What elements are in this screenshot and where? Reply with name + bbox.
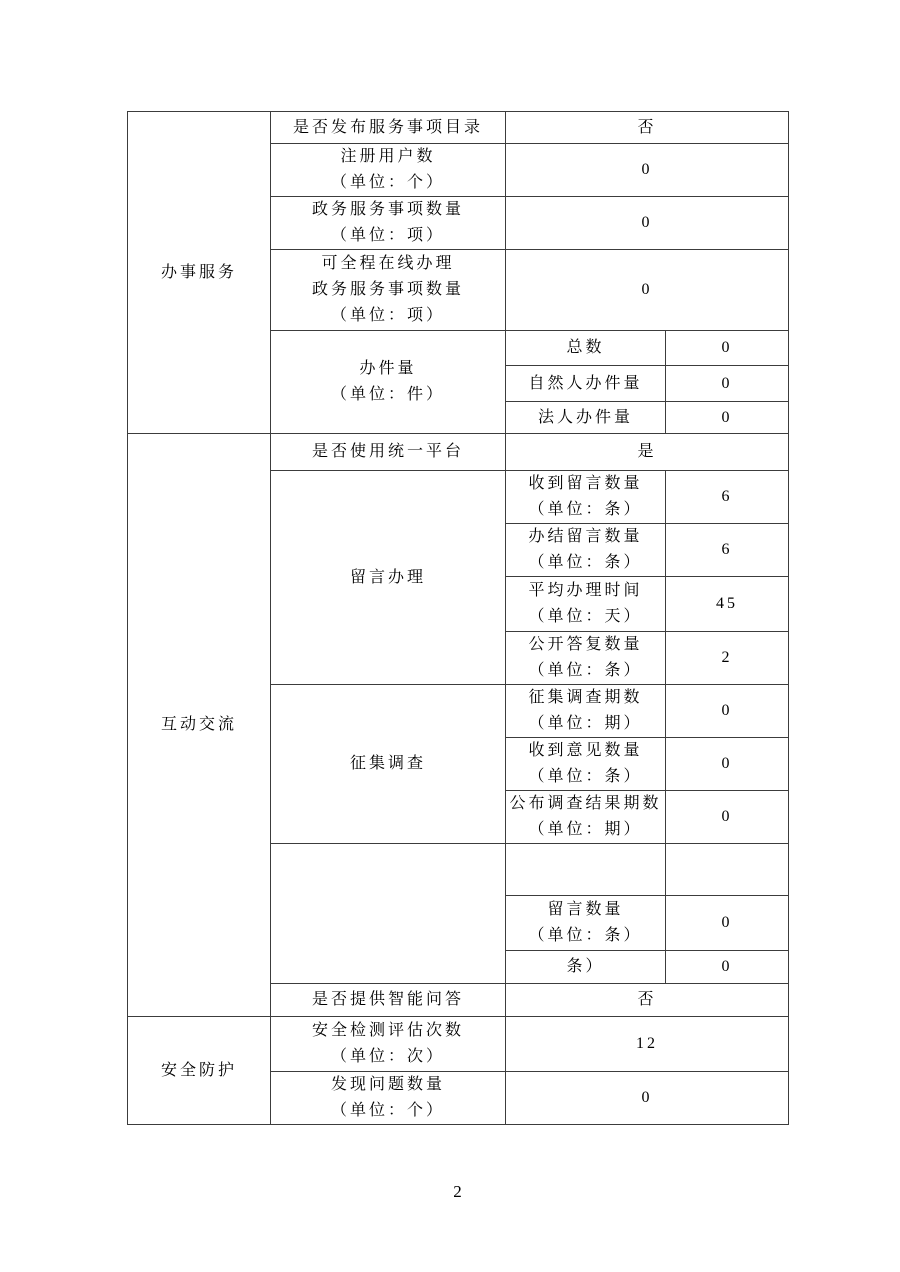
item-label-cell: 政务服务事项数量 （单位：项） <box>271 197 506 250</box>
value-cell: 45 <box>666 577 789 632</box>
category-cell-banshi: 办事服务 <box>128 112 271 434</box>
group-label-cell-zhengjidiaocha: 征集调查 <box>271 685 506 844</box>
value-cell: 0 <box>666 685 789 738</box>
sub-item-label-cell: 留言数量 （单位：条） <box>506 896 666 951</box>
sub-item-label-cell: 收到留言数量 （单位：条） <box>506 471 666 524</box>
value-cell: 0 <box>666 402 789 434</box>
value-cell: 2 <box>666 632 789 685</box>
value-cell: 0 <box>506 250 789 331</box>
item-label-cell: 是否发布服务事项目录 <box>271 112 506 144</box>
item-label-cell: 发现问题数量 （单位：个） <box>271 1072 506 1125</box>
sub-item-label-cell: 征集调查期数 （单位：期） <box>506 685 666 738</box>
report-table-container: 办事服务 是否发布服务事项目录 否 注册用户数 （单位：个） 0 政务服务事项数… <box>127 111 789 1125</box>
sub-item-label-cell: 总数 <box>506 331 666 366</box>
sub-item-label-cell <box>506 844 666 896</box>
value-cell: 是 <box>506 434 789 471</box>
sub-item-label-cell: 公开答复数量 （单位：条） <box>506 632 666 685</box>
category-cell-anquan: 安全防护 <box>128 1017 271 1125</box>
sub-item-label-cell: 公布调查结果期数 （单位：期） <box>506 791 666 844</box>
item-label-cell: 是否使用统一平台 <box>271 434 506 471</box>
category-cell-hudong: 互动交流 <box>128 434 271 1017</box>
value-cell <box>666 844 789 896</box>
sub-item-label-cell: 条） <box>506 951 666 984</box>
value-cell: 0 <box>666 896 789 951</box>
value-cell: 0 <box>666 738 789 791</box>
value-cell: 6 <box>666 524 789 577</box>
item-label-cell: 安全检测评估次数 （单位：次） <box>271 1017 506 1072</box>
sub-item-label-cell: 收到意见数量 （单位：条） <box>506 738 666 791</box>
value-cell: 0 <box>506 197 789 250</box>
value-cell: 0 <box>666 791 789 844</box>
value-cell: 0 <box>506 144 789 197</box>
page-number: 2 <box>127 1182 788 1202</box>
group-label-cell-liuyanbanli: 留言办理 <box>271 471 506 685</box>
group-label-cell-banjianliang: 办件量 （单位：件） <box>271 331 506 434</box>
value-cell: 0 <box>666 331 789 366</box>
value-cell: 否 <box>506 984 789 1017</box>
government-site-report-table: 办事服务 是否发布服务事项目录 否 注册用户数 （单位：个） 0 政务服务事项数… <box>127 111 789 1125</box>
item-label-cell: 是否提供智能问答 <box>271 984 506 1017</box>
sub-item-label-cell: 自然人办件量 <box>506 366 666 402</box>
value-cell: 6 <box>666 471 789 524</box>
value-cell: 12 <box>506 1017 789 1072</box>
sub-item-label-cell: 法人办件量 <box>506 402 666 434</box>
group-label-cell-empty <box>271 844 506 984</box>
value-cell: 0 <box>666 366 789 402</box>
value-cell: 0 <box>666 951 789 984</box>
item-label-cell: 可全程在线办理 政务服务事项数量 （单位：项） <box>271 250 506 331</box>
item-label-cell: 注册用户数 （单位：个） <box>271 144 506 197</box>
sub-item-label-cell: 平均办理时间 （单位：天） <box>506 577 666 632</box>
value-cell: 0 <box>506 1072 789 1125</box>
value-cell: 否 <box>506 112 789 144</box>
sub-item-label-cell: 办结留言数量 （单位：条） <box>506 524 666 577</box>
